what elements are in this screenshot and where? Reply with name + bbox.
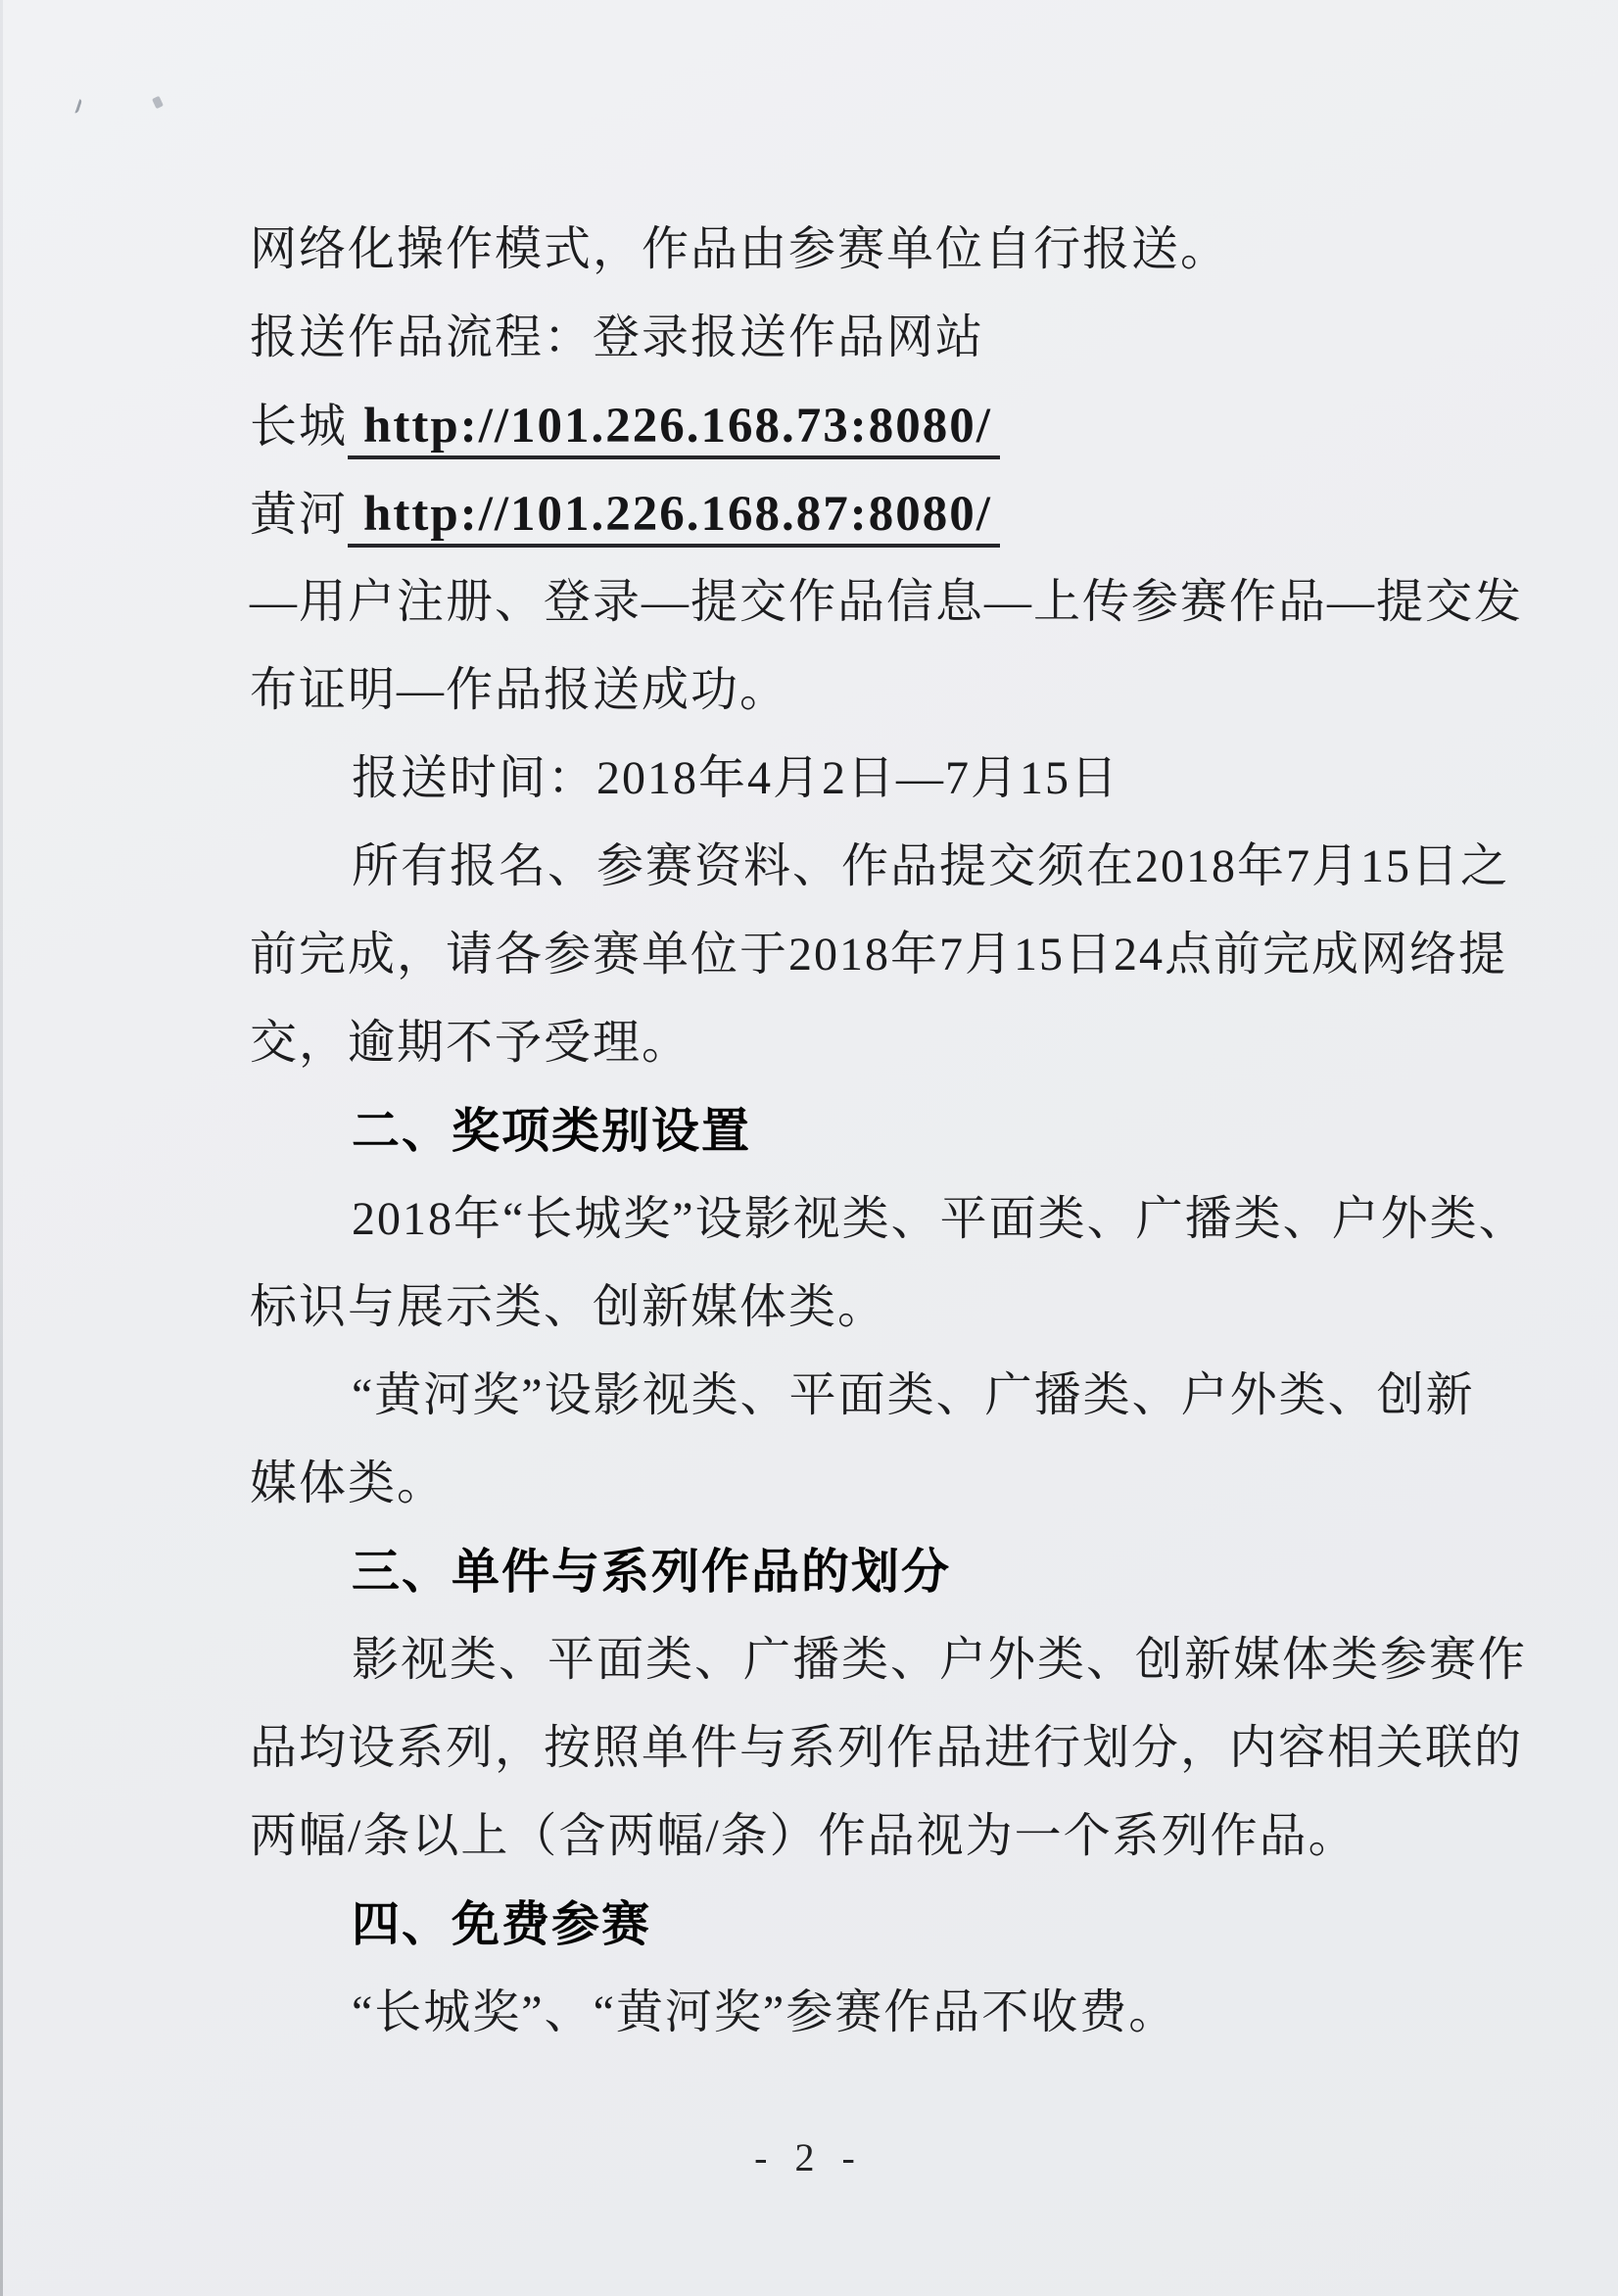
page-number: - 2 - bbox=[0, 2114, 1618, 2202]
document-line: 媒体类。 bbox=[250, 1440, 1471, 1528]
document-line: “黄河奖”设影视类、平面类、广播类、户外类、创新 bbox=[250, 1352, 1471, 1440]
document-line: “长城奖”、“黄河奖”参赛作品不收费。 bbox=[250, 1969, 1471, 2057]
document-line: 品均设系列，按照单件与系列作品进行划分，内容相关联的 bbox=[250, 1704, 1471, 1793]
url-line: 长城http://101.226.168.73:8080/ bbox=[250, 382, 1471, 470]
section-heading: 三、单件与系列作品的划分 bbox=[250, 1528, 1471, 1616]
url-prefix: 黄河 bbox=[250, 489, 348, 541]
url-line: 黄河http://101.226.168.87:8080/ bbox=[250, 470, 1471, 558]
document-line: 标识与展示类、创新媒体类。 bbox=[250, 1264, 1471, 1352]
document-line: 报送作品流程：登录报送作品网站 bbox=[250, 294, 1471, 382]
scanned-document-page: 网络化操作模式，作品由参赛单位自行报送。报送作品流程：登录报送作品网站长城htt… bbox=[0, 0, 1618, 2296]
document-line: 布证明—作品报送成功。 bbox=[250, 646, 1471, 735]
section-heading: 二、奖项类别设置 bbox=[250, 1087, 1471, 1175]
url-prefix: 长城 bbox=[250, 401, 348, 453]
document-line: 两幅/条以上（含两幅/条）作品视为一个系列作品。 bbox=[250, 1793, 1471, 1881]
url-text: http://101.226.168.87:8080/ bbox=[348, 487, 1000, 548]
scan-speck bbox=[152, 96, 164, 109]
document-line: 网络化操作模式，作品由参赛单位自行报送。 bbox=[250, 206, 1471, 294]
document-line: 所有报名、参赛资料、作品提交须在2018年7月15日之 bbox=[250, 823, 1471, 911]
document-line: 交，逾期不予受理。 bbox=[250, 999, 1471, 1087]
document-line: 前完成，请各参赛单位于2018年7月15日24点前完成网络提 bbox=[250, 911, 1471, 999]
scan-speck bbox=[68, 97, 82, 115]
document-line: 2018年“长城奖”设影视类、平面类、广播类、户外类、 bbox=[250, 1175, 1471, 1264]
document-line: —用户注册、登录—提交作品信息—上传参赛作品—提交发 bbox=[250, 558, 1471, 646]
document-line: 报送时间：2018年4月2日—7月15日 bbox=[250, 735, 1471, 823]
document-body: 网络化操作模式，作品由参赛单位自行报送。报送作品流程：登录报送作品网站长城htt… bbox=[250, 206, 1471, 2057]
url-text: http://101.226.168.73:8080/ bbox=[348, 399, 1000, 459]
section-heading: 四、免费参赛 bbox=[250, 1881, 1471, 1969]
document-line: 影视类、平面类、广播类、户外类、创新媒体类参赛作 bbox=[250, 1616, 1471, 1704]
